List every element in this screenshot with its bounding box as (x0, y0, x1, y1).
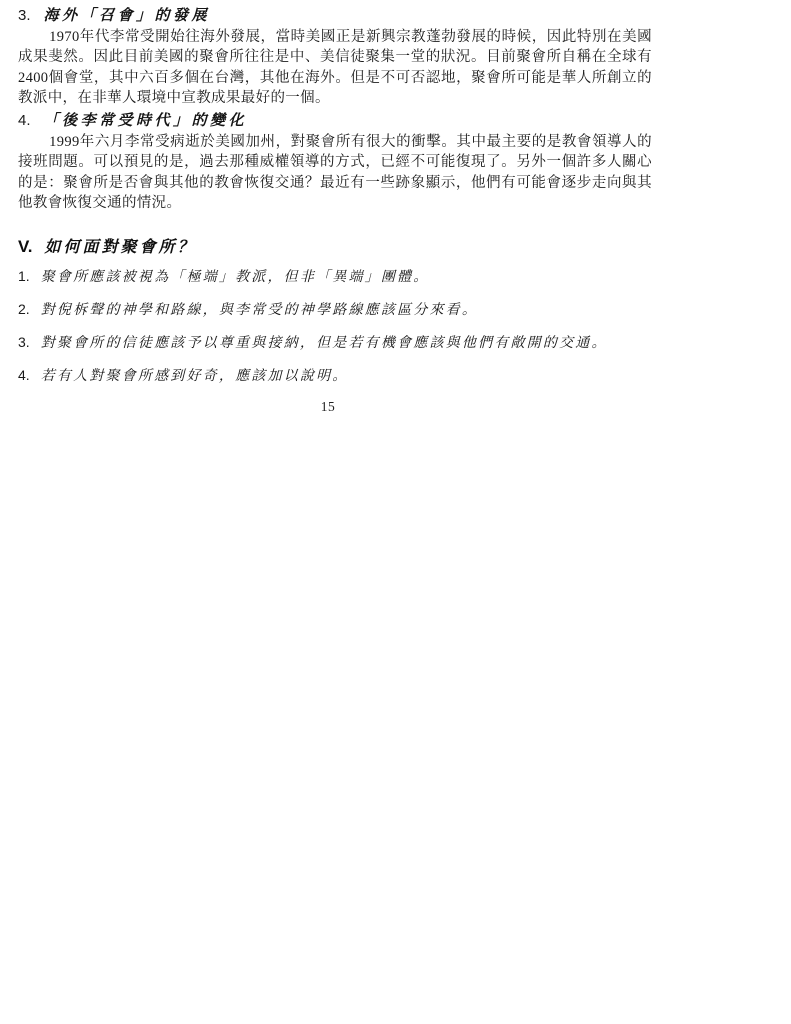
list-item-text: 對聚會所的信徒應該予以尊重與接納，但是若有機會應該與他們有敞開的交通。 (41, 335, 608, 353)
section-number: 4. (18, 112, 31, 129)
list-item-text: 對倪柝聲的神學和路線，與李常受的神學路線應該區分來看。 (41, 302, 478, 320)
list-item-text: 若有人對聚會所感到好奇，應該加以說明。 (41, 368, 349, 386)
document-page: 3. 海外「召會」的發展 1970年代李常受開始往海外發展，當時美國正是新興宗教… (0, 0, 791, 1024)
section-title: 「後李常受時代」的變化 (44, 109, 248, 130)
page-number: 15 (18, 399, 638, 415)
list-item-number: 2. (18, 300, 30, 318)
list-item-number: 4. (18, 366, 30, 384)
list-item: 3. 對聚會所的信徒應該予以尊重與接納，但是若有機會應該與他們有敞開的交通。 (18, 333, 652, 353)
section-heading-3: 3. 海外「召會」的發展 (18, 4, 652, 25)
section-v-number: V. (18, 237, 33, 257)
section-heading-4: 4. 「後李常受時代」的變化 (18, 109, 652, 130)
section-4-paragraph: 1999年六月李常受病逝於美國加州，對聚會所有很大的衝擊。其中最主要的是教會領導… (18, 132, 652, 213)
section-heading-v: V. 如何面對聚會所？ (18, 234, 652, 257)
list-item: 1. 聚會所應該被視為「極端」教派，但非「異端」團體。 (18, 267, 652, 287)
section-3-paragraph: 1970年代李常受開始往海外發展，當時美國正是新興宗教蓬勃發展的時候，因此特別在… (18, 27, 652, 108)
page-content: 3. 海外「召會」的發展 1970年代李常受開始往海外發展，當時美國正是新興宗教… (0, 0, 652, 415)
section-number: 3. (18, 7, 31, 24)
list-item-number: 3. (18, 333, 30, 351)
list-item: 2. 對倪柝聲的神學和路線，與李常受的神學路線應該區分來看。 (18, 300, 652, 320)
list-item-number: 1. (18, 267, 30, 285)
section-v-title: 如何面對聚會所？ (45, 234, 197, 257)
list-item-text: 聚會所應該被視為「極端」教派，但非「異端」團體。 (41, 269, 430, 287)
list-item: 4. 若有人對聚會所感到好奇，應該加以說明。 (18, 366, 652, 386)
section-v-list: 1. 聚會所應該被視為「極端」教派，但非「異端」團體。 2. 對倪柝聲的神學和路… (18, 267, 652, 386)
section-title: 海外「召會」的發展 (44, 4, 211, 25)
